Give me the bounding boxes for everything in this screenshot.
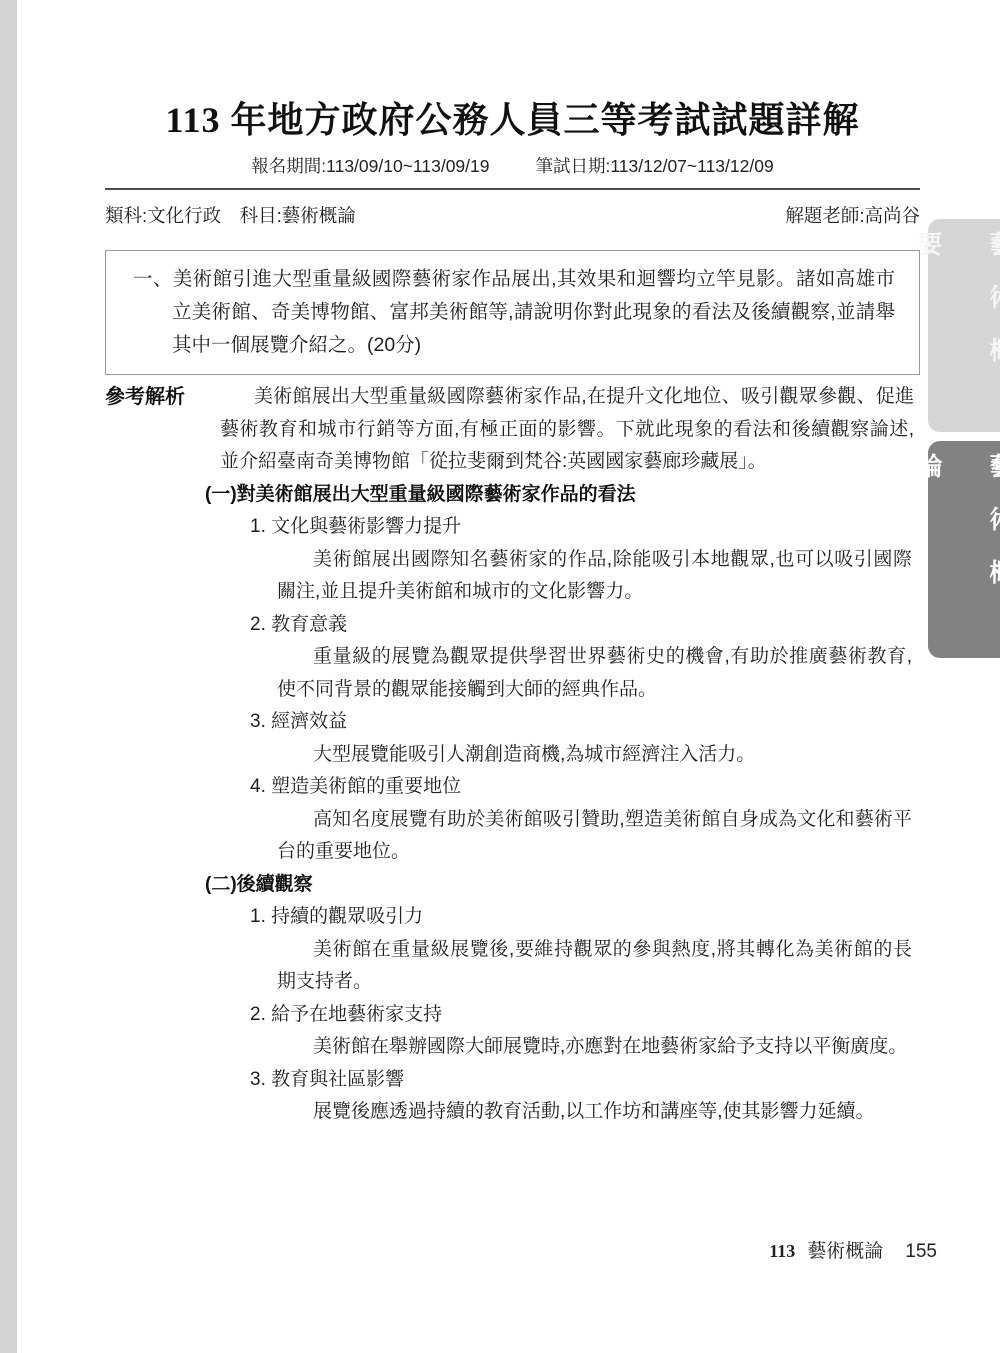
section-1-item-4-body: 高知名度展覽有助於美術館吸引贊助,塑造美術館自身成為文化和藝術平台的重要地位。 bbox=[277, 804, 912, 869]
written-exam-date: 筆試日期:113/12/07~113/12/09 bbox=[536, 154, 774, 178]
footer-page-number: 155 bbox=[905, 1241, 937, 1263]
section-2-item-2-body: 美術館在舉辦國際大師展覽時,亦應對在地藝術家給予支持以平衡廣度。 bbox=[277, 1031, 912, 1064]
page-title: 113年地方政府公務人員三等考試試題詳解 bbox=[105, 98, 920, 142]
section-1-item-1-body: 美術館展出國際知名藝術家的作品,除能吸引本地觀眾,也可以吸引國際關注,並且提升美… bbox=[277, 544, 912, 609]
section-1-item-4-title: 4. 塑造美術館的重要地位 bbox=[250, 771, 920, 804]
section-2-item-3-title: 3. 教育與社區影響 bbox=[250, 1064, 920, 1097]
teacher-label: 解題老師:高尚谷 bbox=[785, 203, 920, 229]
section-2-heading: (二)後續觀察 bbox=[205, 869, 920, 902]
section-1-heading: (一)對美術館展出大型重量級國際藝術家作品的看法 bbox=[205, 479, 920, 512]
footer-subject: 藝術概論 bbox=[807, 1236, 883, 1263]
meta-row: 類科:文化行政 科目:藝術概論 解題老師:高尚谷 bbox=[105, 203, 920, 229]
section-1-item-2-title: 2. 教育意義 bbox=[250, 609, 920, 642]
question-number: 一、 bbox=[133, 268, 173, 290]
page-content: 113年地方政府公務人員三等考試試題詳解 報名期間:113/09/10~113/… bbox=[105, 0, 920, 1129]
section-2-item-1-body: 美術館在重量級展覽後,要維持觀眾的參與熱度,將其轉化為美術館的長期支持者。 bbox=[277, 934, 912, 999]
analysis-section: 參考解析 美術館展出大型重量級國際藝術家作品,在提升文化地位、吸引觀眾參觀、促進… bbox=[105, 381, 920, 1129]
page-footer: 113 藝術概論 155 bbox=[769, 1236, 937, 1263]
section-1-item-2-body: 重量級的展覽為觀眾提供學習世界藝術史的機會,有助於推廣藝術教育,使不同背景的觀眾… bbox=[277, 641, 912, 706]
question-text: 一、美術館引進大型重量級國際藝術家作品展出,其效果和迴響均立竿見影。諸如高雄市立… bbox=[133, 263, 895, 362]
section-2-item-2-title: 2. 給予在地藝術家支持 bbox=[250, 999, 920, 1032]
section-1-item-1-title: 1. 文化與藝術影響力提升 bbox=[250, 511, 920, 544]
section-1-item-3-body: 大型展覽能吸引人潮創造商機,為城市經濟注入活力。 bbox=[277, 739, 912, 772]
footer-year: 113 bbox=[769, 1241, 795, 1262]
side-tab-arts-essentials: 藝術概要 bbox=[928, 219, 1000, 432]
analysis-intro: 美術館展出大型重量級國際藝術家作品,在提升文化地位、吸引觀眾參觀、促進藝術教育和… bbox=[220, 381, 920, 479]
page-spine-shadow bbox=[0, 0, 17, 1353]
category-subject-label: 類科:文化行政 科目:藝術概論 bbox=[105, 203, 356, 229]
registration-period: 報名期間:113/09/10~113/09/19 bbox=[251, 154, 489, 178]
section-2-item-3-body: 展覽後應透過持續的教育活動,以工作坊和講座等,使其影響力延續。 bbox=[277, 1096, 912, 1129]
page-title-text: 年地方政府公務人員三等考試試題詳解 bbox=[231, 99, 860, 140]
page-title-year: 113 bbox=[165, 100, 220, 140]
header-divider bbox=[105, 188, 920, 190]
analysis-label: 參考解析 bbox=[105, 381, 185, 414]
exam-dates-row: 報名期間:113/09/10~113/09/19 筆試日期:113/12/07~… bbox=[105, 154, 920, 178]
side-tab-arts-overview: 藝術概論 bbox=[928, 441, 1000, 658]
question-box: 一、美術館引進大型重量級國際藝術家作品展出,其效果和迴響均立竿見影。諸如高雄市立… bbox=[105, 250, 920, 375]
question-body: 美術館引進大型重量級國際藝術家作品展出,其效果和迴響均立竿見影。諸如高雄市立美術… bbox=[172, 268, 895, 356]
section-1-item-3-title: 3. 經濟效益 bbox=[250, 706, 920, 739]
section-2-item-1-title: 1. 持續的觀眾吸引力 bbox=[250, 901, 920, 934]
